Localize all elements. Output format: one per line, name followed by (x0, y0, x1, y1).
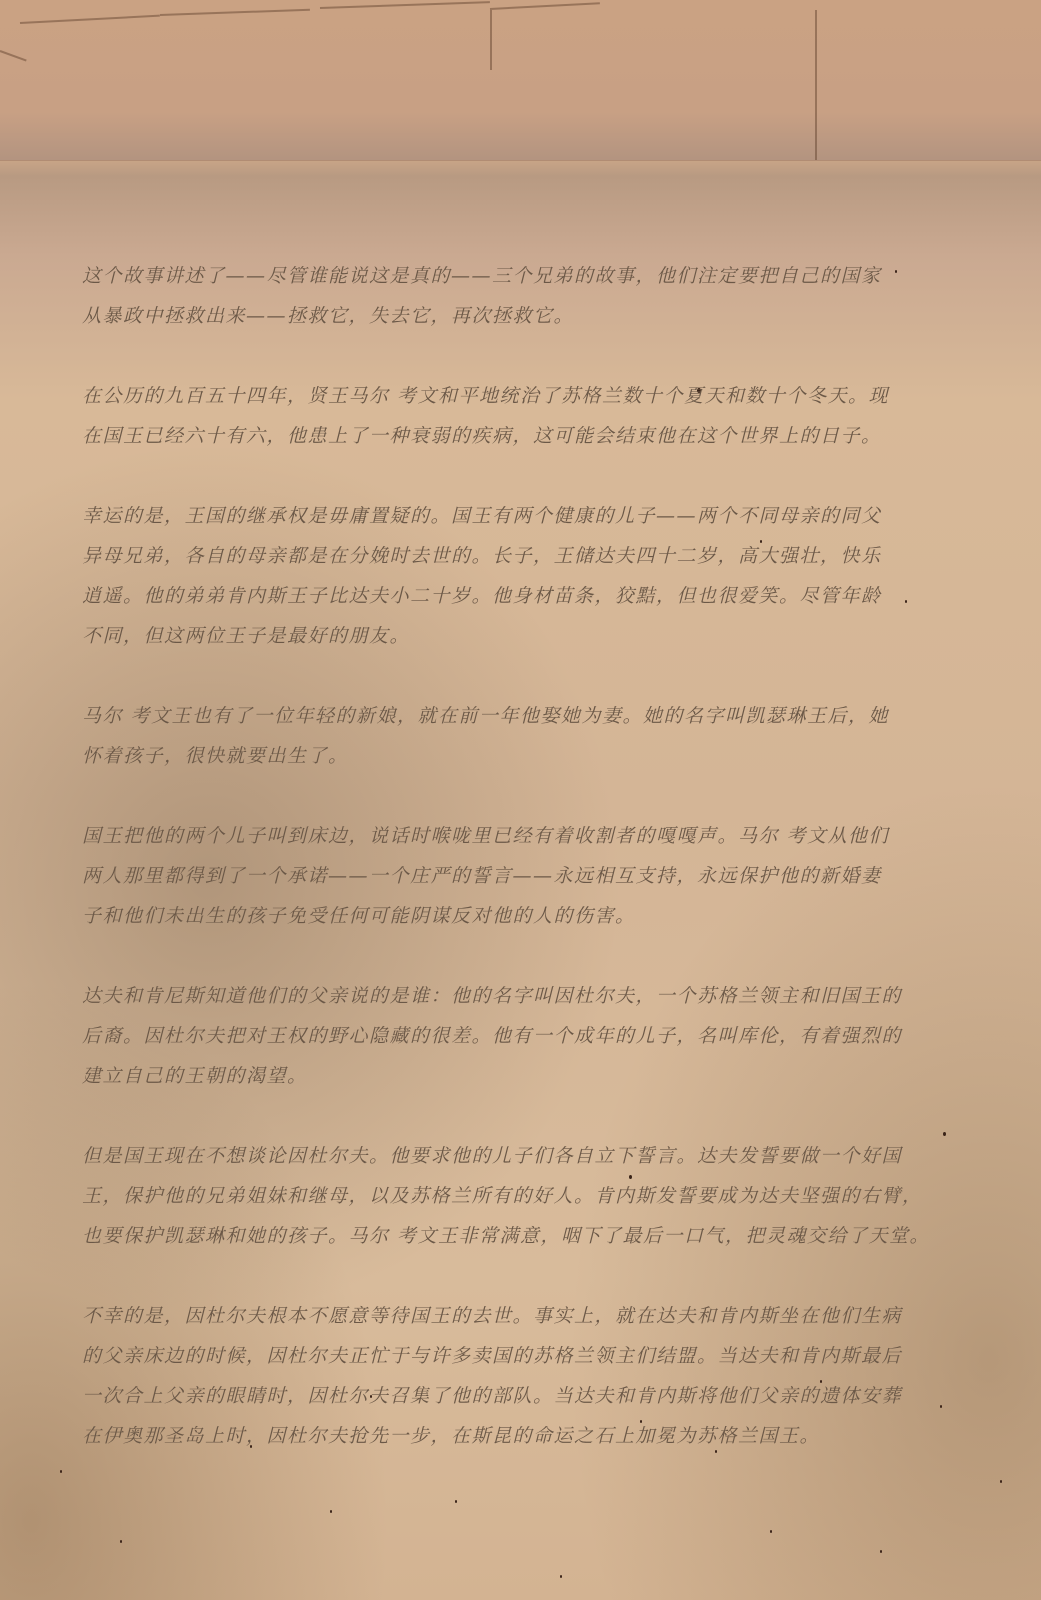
paper-crack (490, 2, 600, 10)
ink-speck (330, 1510, 332, 1513)
paragraph-8: 不幸的是，因杜尔夫根本不愿意等待国王的去世。事实上，就在达夫和肯内斯坐在他们生病… (82, 1296, 962, 1456)
paragraph-3: 幸运的是，王国的继承权是毋庸置疑的。国王有两个健康的儿子——两个不同母亲的同父 … (82, 496, 962, 656)
text-line: 在公历的九百五十四年，贤王马尔 考文和平地统治了苏格兰数十个夏天和数十个冬天。现 (82, 376, 962, 416)
ink-speck (560, 1575, 562, 1578)
text-line: 建立自己的王朝的渴望。 (82, 1056, 962, 1096)
text-line: 幸运的是，王国的继承权是毋庸置疑的。国王有两个健康的儿子——两个不同母亲的同父 (82, 496, 962, 536)
paragraph-2: 在公历的九百五十四年，贤王马尔 考文和平地统治了苏格兰数十个夏天和数十个冬天。现… (82, 376, 962, 456)
paper-crack (320, 1, 490, 9)
paragraph-4: 马尔 考文王也有了一位年轻的新娘，就在前一年他娶她为妻。她的名字叫凯瑟琳王后，她… (82, 696, 962, 776)
torn-paper-header-band (0, 0, 1041, 161)
text-line: 也要保护凯瑟琳和她的孩子。马尔 考文王非常满意，咽下了最后一口气，把灵魂交给了天… (82, 1216, 962, 1256)
paragraph-6: 达夫和肯尼斯知道他们的父亲说的是谁：他的名字叫因杜尔夫，一个苏格兰领主和旧国王的… (82, 976, 962, 1096)
ink-speck (880, 1550, 882, 1553)
story-text: 这个故事讲述了——尽管谁能说这是真的——三个兄弟的故事，他们注定要把自己的国家 … (82, 256, 962, 1496)
ink-speck (770, 1530, 772, 1533)
text-line: 不幸的是，因杜尔夫根本不愿意等待国王的去世。事实上，就在达夫和肯内斯坐在他们生病 (82, 1296, 962, 1336)
paper-crack (490, 10, 492, 70)
paper-crack (0, 50, 27, 61)
text-line: 在国王已经六十有六，他患上了一种衰弱的疾病，这可能会结束他在这个世界上的日子。 (82, 416, 962, 456)
ink-speck (1000, 1480, 1002, 1483)
text-line: 国王把他的两个儿子叫到床边，说话时喉咙里已经有着收割者的嘎嘎声。马尔 考文从他们 (82, 816, 962, 856)
text-line: 逍遥。他的弟弟肯内斯王子比达夫小二十岁。他身材苗条，狡黠，但也很爱笑。尽管年龄 (82, 576, 962, 616)
paragraph-5: 国王把他的两个儿子叫到床边，说话时喉咙里已经有着收割者的嘎嘎声。马尔 考文从他们… (82, 816, 962, 936)
ink-speck (60, 1470, 62, 1473)
ink-speck (120, 1540, 122, 1543)
text-line: 异母兄弟，各自的母亲都是在分娩时去世的。长子，王储达夫四十二岁，高大强壮，快乐 (82, 536, 962, 576)
text-line: 马尔 考文王也有了一位年轻的新娘，就在前一年他娶她为妻。她的名字叫凯瑟琳王后，她 (82, 696, 962, 736)
parchment-page: 这个故事讲述了——尽管谁能说这是真的——三个兄弟的故事，他们注定要把自己的国家 … (0, 0, 1041, 1600)
paragraph-1: 这个故事讲述了——尽管谁能说这是真的——三个兄弟的故事，他们注定要把自己的国家 … (82, 256, 962, 336)
paper-crack (20, 15, 160, 24)
text-line: 后裔。因杜尔夫把对王权的野心隐藏的很差。他有一个成年的儿子，名叫库伦，有着强烈的 (82, 1016, 962, 1056)
text-line: 一次合上父亲的眼睛时，因杜尔夫召集了他的部队。当达夫和肯内斯将他们父亲的遗体安葬 (82, 1376, 962, 1416)
paragraph-7: 但是国王现在不想谈论因杜尔夫。他要求他的儿子们各自立下誓言。达夫发誓要做一个好国… (82, 1136, 962, 1256)
text-line: 不同，但这两位王子是最好的朋友。 (82, 616, 962, 656)
text-line: 在伊奥那圣岛上时，因杜尔夫抢先一步，在斯昆的命运之石上加冕为苏格兰国王。 (82, 1416, 962, 1456)
text-line: 但是国王现在不想谈论因杜尔夫。他要求他的儿子们各自立下誓言。达夫发誓要做一个好国 (82, 1136, 962, 1176)
text-line: 的父亲床边的时候，因杜尔夫正忙于与许多卖国的苏格兰领主们结盟。当达夫和肯内斯最后 (82, 1336, 962, 1376)
ink-speck (455, 1500, 457, 1503)
paper-crack (160, 9, 310, 16)
text-line: 两人那里都得到了一个承诺——一个庄严的誓言——永远相互支持，永远保护他的新婚妻 (82, 856, 962, 896)
paper-crack (815, 10, 817, 160)
text-line: 王，保护他的兄弟姐妹和继母，以及苏格兰所有的好人。肯内斯发誓要成为达夫坚强的右臂… (82, 1176, 962, 1216)
text-line: 从暴政中拯救出来——拯救它，失去它，再次拯救它。 (82, 296, 962, 336)
text-line: 这个故事讲述了——尽管谁能说这是真的——三个兄弟的故事，他们注定要把自己的国家 (82, 256, 962, 296)
text-line: 达夫和肯尼斯知道他们的父亲说的是谁：他的名字叫因杜尔夫，一个苏格兰领主和旧国王的 (82, 976, 962, 1016)
text-line: 子和他们未出生的孩子免受任何可能阴谋反对他的人的伤害。 (82, 896, 962, 936)
text-line: 怀着孩子，很快就要出生了。 (82, 736, 962, 776)
